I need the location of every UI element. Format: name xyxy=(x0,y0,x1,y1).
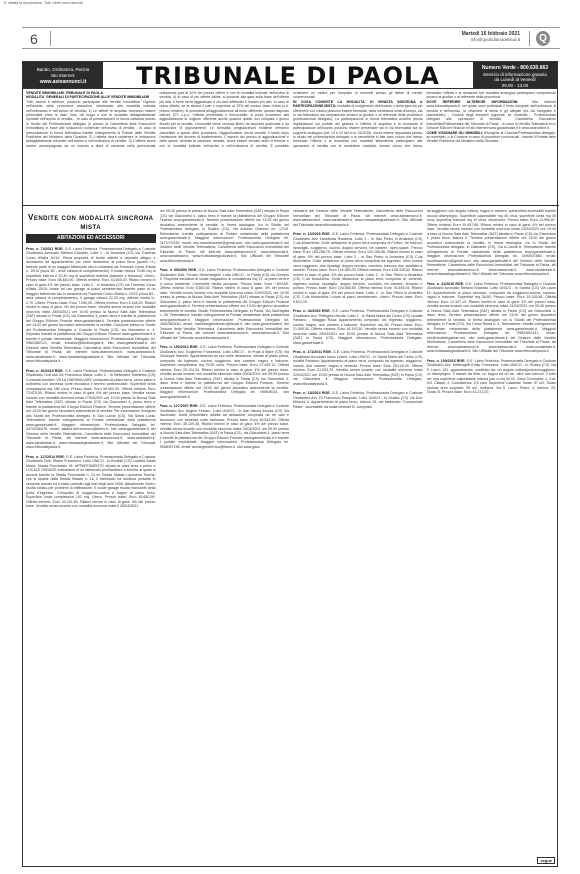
tribunale-banner: Bando, Ordinanza, Perizia sito internet:… xyxy=(22,61,558,89)
notice-ref: Proc. n. 13/2018 RGE. xyxy=(293,232,331,236)
notice-ref: Proc. n. 44/2016 RGE. xyxy=(293,309,331,313)
notice-text: G.E. Laino Federica. Professionista Dele… xyxy=(26,455,156,509)
intro-body-5: - Sito internet www.tribunalepaola.it, n… xyxy=(427,100,557,130)
listing-notice: virtuale.it del Gestore delle Vendite Te… xyxy=(293,209,423,227)
listing-notice: Proc. n. 44/2016 RGE. G.E. Laino Federic… xyxy=(293,309,423,345)
notice-ref: Proc. n. 41/2016 RGE. xyxy=(427,282,465,286)
notice-ref: Proc. n. 18/2014 RGE. xyxy=(293,391,331,395)
intro-general-terms: VENDITE IMMOBILIARI TRIBUNALE DI PAOLA M… xyxy=(26,91,556,203)
notice-text: G.E. Laino Federica. Professionista Dele… xyxy=(26,369,156,450)
date-block: Martedì 16 febbraio 2021 info@quotidiano… xyxy=(462,31,520,42)
notice-text: G.E. Laino Federica. Professionista Dele… xyxy=(293,232,423,304)
page-number: 6 xyxy=(30,31,38,47)
newspaper-logo-icon: Q xyxy=(536,31,550,46)
section-divider xyxy=(23,205,559,206)
main-content: VENDITE IMMOBILIARI TRIBUNALE DI PAOLA M… xyxy=(22,89,558,867)
listing-notice: Proc. n. 13/2018 RGE. G.E. Laino Federic… xyxy=(293,232,423,304)
notice-text: G.E. Laino Federica. Professionista Dele… xyxy=(427,359,557,395)
intro-heading-1: VENDITE IMMOBILIARI TRIBUNALE DI PAOLA xyxy=(26,91,103,95)
notice-text: G.E. Laino Federica. Professionista Dele… xyxy=(160,404,290,449)
listing-notice: Proc. n. 18/2014 RGE. G.E. Laino Federic… xyxy=(293,391,423,409)
notice-ref: Proc. n. 65/2006 RGE. xyxy=(160,268,198,272)
listing-notice: Proc. n. 41/2016 RGE. G.E. Laino Federic… xyxy=(427,282,557,354)
notice-text: G.E. Laino Federica. Professionista Dele… xyxy=(26,247,156,364)
intro-heading-2: MODALITA' GENERALI DI PARTECIPAZIONE ALL… xyxy=(26,95,149,99)
listing-notice: Proc. n. 171/2011 RGE. G.E. Laino Federi… xyxy=(293,350,423,386)
notice-ref: Proc. n. 171/2011 RGE. xyxy=(293,350,332,354)
listings-columns: Vendite con modalità sincrona mista ABIT… xyxy=(26,209,556,864)
notice-ref: Proc. n. 117/2014 RGE. xyxy=(26,455,65,459)
notice-ref: Proc. n. 109/2016 RGE. xyxy=(427,359,466,363)
banner-website-link[interactable]: www.asteannunci.it xyxy=(40,79,87,85)
header-divider xyxy=(50,31,51,46)
notice-text: G.E. Laino Federica. Professionista Dele… xyxy=(293,309,423,345)
listing-column-2: ore 09:30 presso la presso la Nuova Sala… xyxy=(160,209,290,864)
notice-text: G.E. Laino Federica. Professionista Dele… xyxy=(160,345,290,399)
listing-notice: da soggiorno con angolo cottura, bagno e… xyxy=(427,209,557,277)
notice-ref: Proc. n. 150/2012 RGE. xyxy=(160,345,199,349)
copyright-notice: E' vietata la riproduzione. Tutti i diri… xyxy=(4,1,83,5)
listing-notice: Proc. n. 150/2012 RGE. G.E. Laino Federi… xyxy=(160,345,290,399)
intro-heading-5: COME VISIONARE GLI IMMOBILI: xyxy=(427,131,483,135)
banner-info-left: Bando, Ordinanza, Perizia sito internet:… xyxy=(23,62,103,88)
notice-text: G.E. Laino Federica. Professionista Dele… xyxy=(160,268,290,340)
section-subtitle: ABITAZIONI ED ACCESSORI xyxy=(26,234,156,243)
contact-email[interactable]: info@quotidianodelsud.it xyxy=(462,37,520,42)
banner-title: TRIBUNALE DI PAOLA xyxy=(103,62,473,88)
section-title: Vendite con modalità sincrona mista xyxy=(26,213,156,231)
notice-ref: Proc. n. 92/2015 RGE. xyxy=(26,369,64,373)
notice-text: ore 09:30 presso la presso la Nuova Sala… xyxy=(160,209,290,263)
notice-text: G.E. Laino Federica. Professionista Dele… xyxy=(293,350,423,386)
notice-text: virtuale.it del Gestore delle Vendite Te… xyxy=(293,209,423,227)
notice-ref: Proc. n. 74/2011 RGE. xyxy=(26,247,64,251)
continued-label: segue xyxy=(537,857,555,864)
listing-notice: Proc. n. 74/2011 RGE. G.E. Laino Federic… xyxy=(26,247,156,364)
header-divider-right xyxy=(529,31,530,46)
notice-text: G.E. Laino Federica. Professionista Dele… xyxy=(427,282,557,354)
listing-notice: Proc. n. 109/2016 RGE. G.E. Laino Federi… xyxy=(427,359,557,395)
listing-column-4: da soggiorno con angolo cottura, bagno e… xyxy=(427,209,557,864)
listing-notice: Proc. n. 127/2007 RGE. G.E. Laino Federi… xyxy=(160,404,290,449)
toll-free-number: Numero Verde - 800.630.663 xyxy=(482,65,548,71)
listing-notice: Proc. n. 117/2014 RGE. G.E. Laino Federi… xyxy=(26,455,156,509)
intro-heading-4: DOVE REPERIRE ULTERIORI INFORMAZIONI: xyxy=(427,100,519,104)
banner-info-right: Numero Verde - 800.630.663 Servizio di i… xyxy=(473,62,557,88)
listing-column-3: virtuale.it del Gestore delle Vendite Te… xyxy=(293,209,423,864)
page-header: 6 Martedì 16 febbraio 2021 info@quotidia… xyxy=(22,27,560,49)
listing-notice: ore 09:30 presso la presso la Nuova Sala… xyxy=(160,209,290,263)
banner-right-hours: 09.00 - 13.00 xyxy=(473,83,557,89)
listing-notice: Proc. n. 92/2015 RGE. G.E. Laino Federic… xyxy=(26,369,156,450)
listing-column-1: Vendite con modalità sincrona mista ABIT… xyxy=(26,209,156,864)
notice-text: da soggiorno con angolo cottura, bagno e… xyxy=(427,209,557,276)
listing-notice: Proc. n. 65/2006 RGE. G.E. Laino Federic… xyxy=(160,268,290,340)
notice-ref: Proc. n. 127/2007 RGE. xyxy=(160,404,199,408)
